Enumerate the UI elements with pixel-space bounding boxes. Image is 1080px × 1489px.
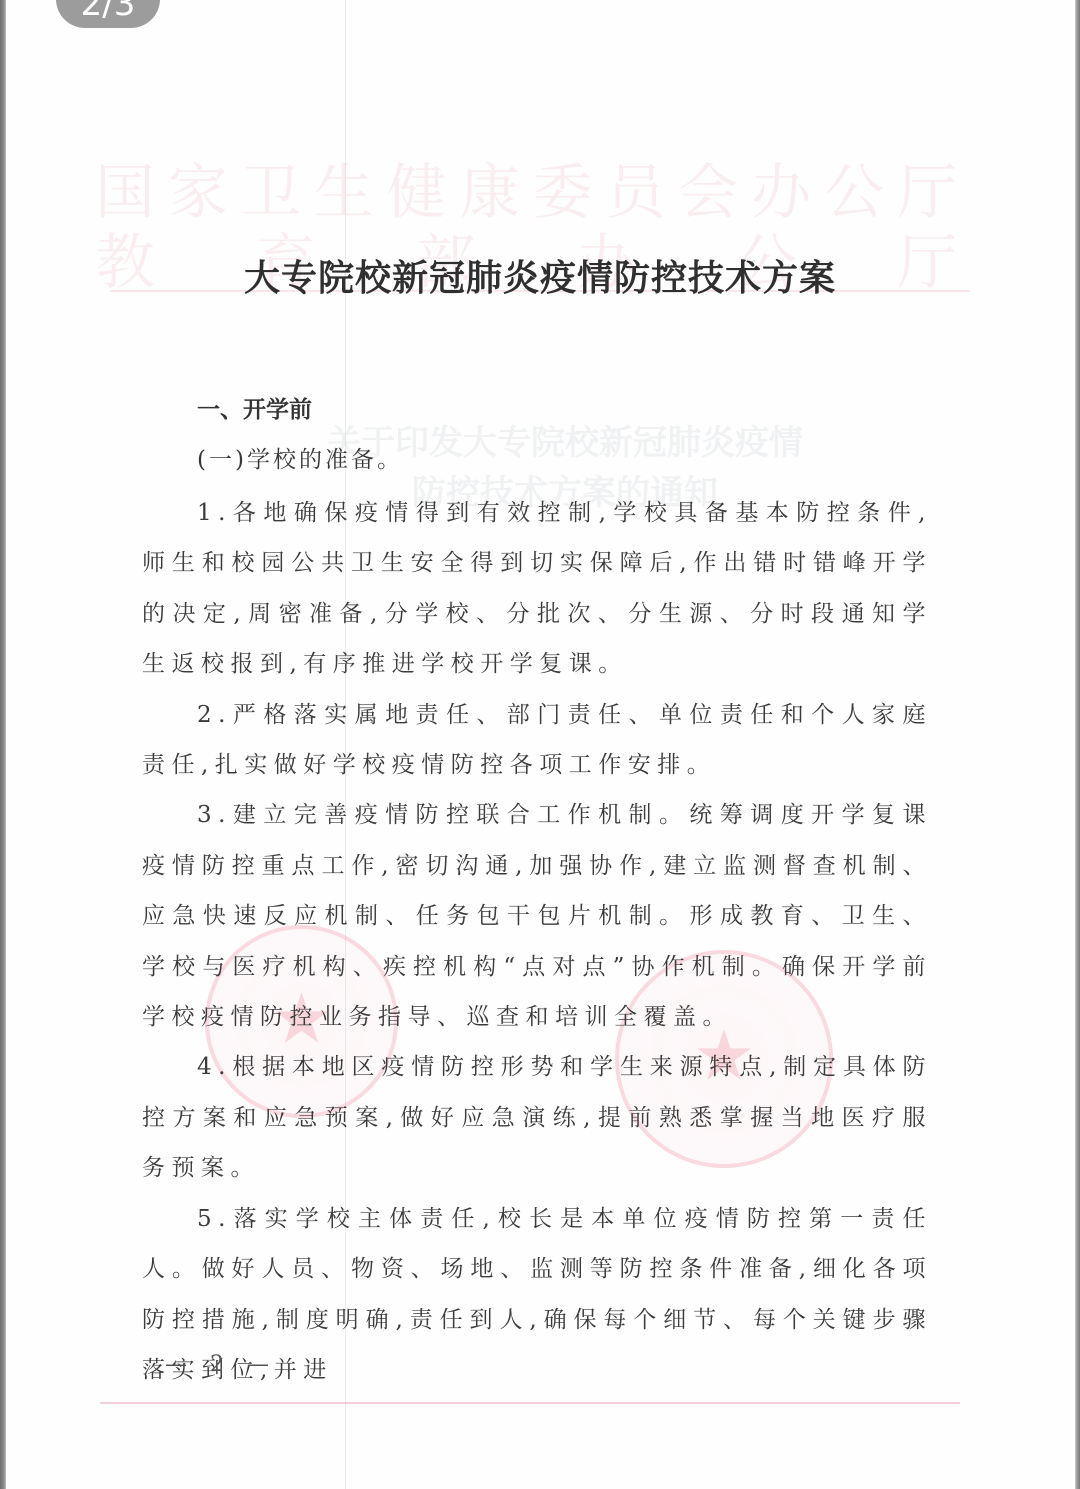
paragraph-1: 1.各地确保疫情得到有效控制,学校具备基本防控条件,师生和校园公共卫生安全得到切… bbox=[142, 488, 932, 690]
paragraph-3: 3.建立完善疫情防控联合工作机制。统筹调度开学复课疫情防控重点工作,密切沟通,加… bbox=[142, 790, 932, 1042]
page-number: — 2 — bbox=[165, 1352, 277, 1377]
page-indicator-badge: 2/3 bbox=[56, 0, 160, 28]
viewer-right-edge bbox=[1075, 0, 1080, 1489]
paragraph-4: 4.根据本地区疫情防控形势和学生来源特点,制定具体防控方案和应急预案,做好应急演… bbox=[142, 1042, 932, 1193]
document-viewer: 2/3 国 家 卫 生 健 康 委 员 会 办 公 厅 教 育 部 办 公 厅 … bbox=[0, 0, 1080, 1489]
section-heading: 一、开学前 bbox=[197, 388, 932, 438]
subsection-heading: (一)学校的准备。 bbox=[197, 438, 932, 488]
document-body: 一、开学前 (一)学校的准备。 1.各地确保疫情得到有效控制,学校具备基本防控条… bbox=[142, 388, 932, 1395]
paragraph-2: 2.严格落实属地责任、部门责任、单位责任和个人家庭责任,扎实做好学校疫情防控各项… bbox=[142, 690, 932, 791]
footer-bleed-rule bbox=[100, 1402, 960, 1404]
viewer-left-edge bbox=[0, 0, 6, 1489]
page-indicator-text: 2/3 bbox=[81, 0, 136, 24]
document-title: 大专院校新冠肺炎疫情防控技术方案 bbox=[0, 250, 1080, 301]
